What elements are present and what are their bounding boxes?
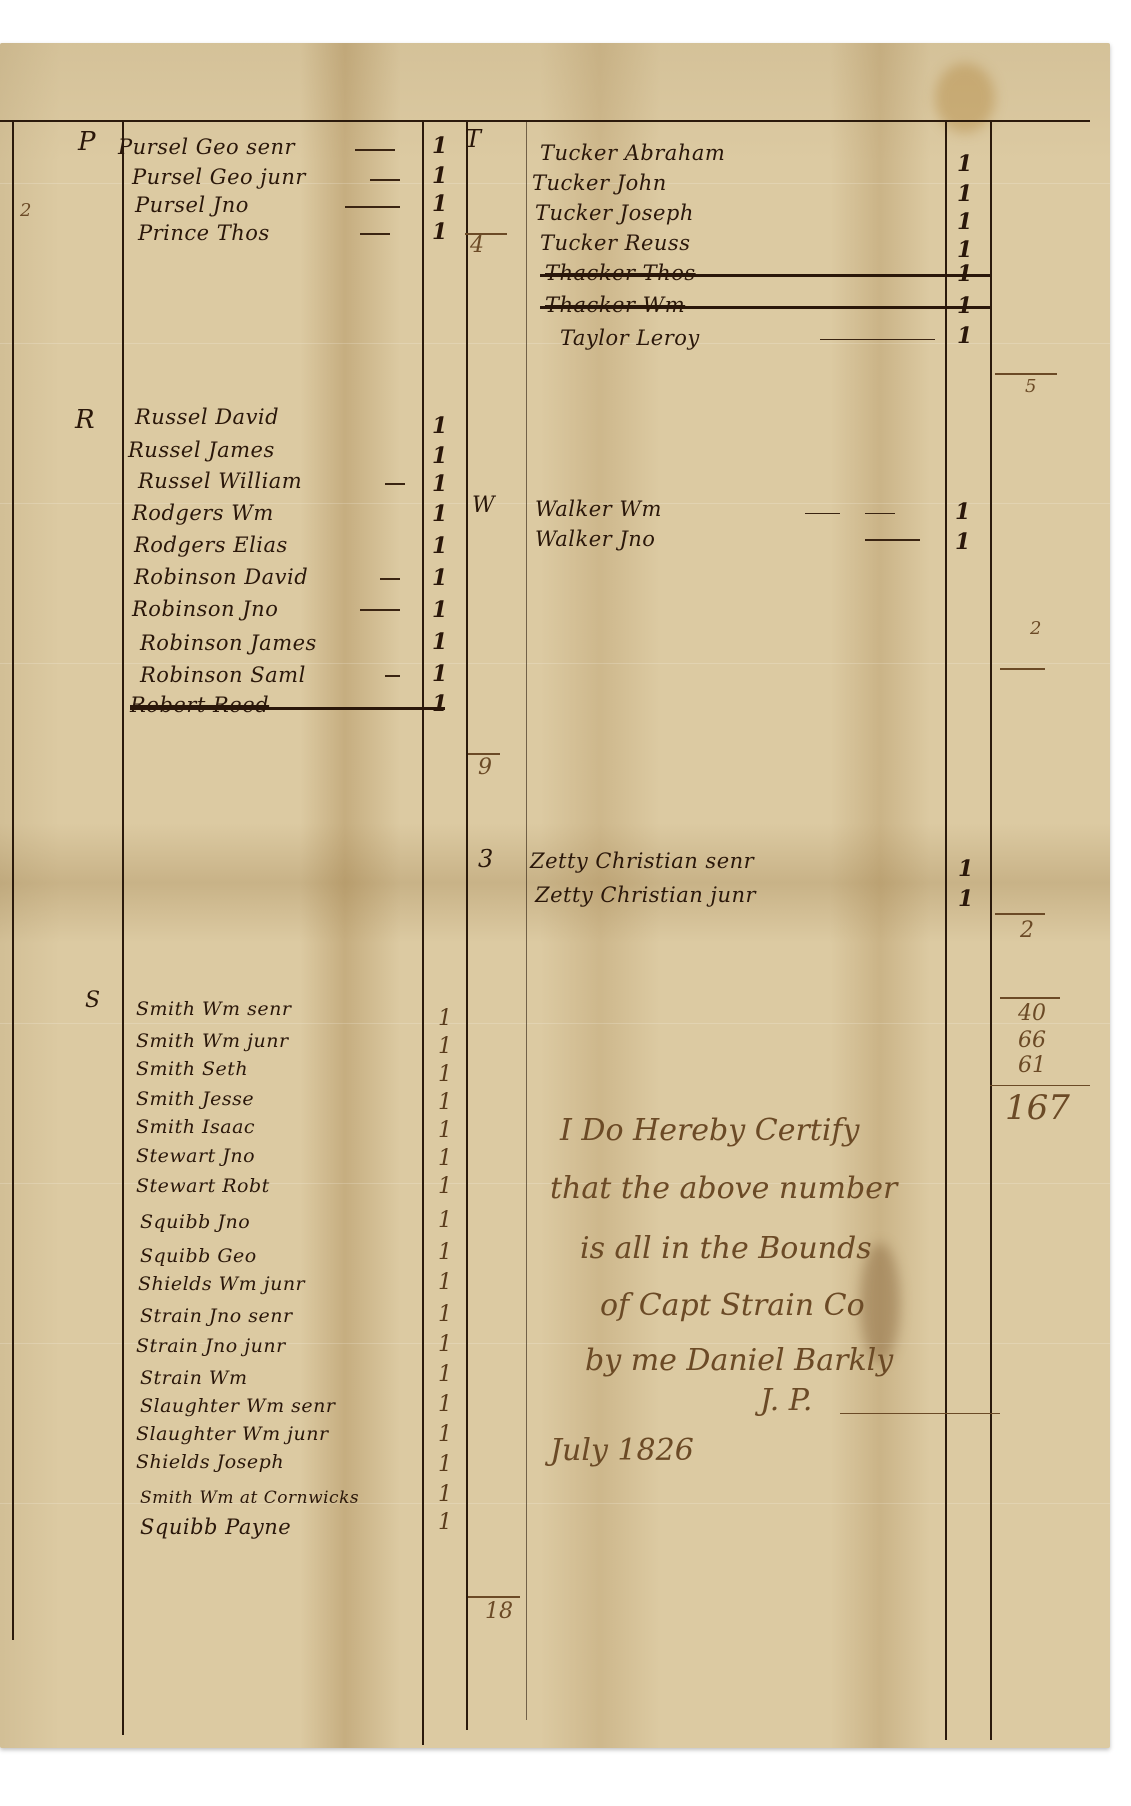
list-item: Russel David [135,405,279,429]
count-value: 1 [958,886,973,912]
signature: by me Daniel Barkly [585,1343,893,1378]
count-value: 1 [957,209,972,235]
list-item: Zetty Christian junr [535,883,756,907]
list-item: Robinson Saml [140,663,306,687]
count-value: 1 [432,533,447,559]
count-value: 1 [432,661,447,687]
count-value: 1 [432,191,447,217]
count-value: 1 [432,629,447,655]
list-item-struck: Thacker Thos [545,261,696,285]
count-value: 1 [438,1392,452,1417]
count-value: 1 [438,1452,452,1477]
list-item: Robinson Jno [132,597,278,621]
list-item-struck: Thacker Wm [545,293,685,317]
list-item: Tucker John [532,171,667,195]
list-item: Zetty Christian senr [530,849,754,873]
list-item: Tucker Joseph [535,201,694,225]
list-item: Smith Seth [136,1058,248,1080]
list-item: Rodgers Elias [134,533,288,557]
count-value: 1 [438,1482,452,1507]
section-letter-w: W [472,493,495,518]
list-item: Smith Jesse [136,1088,254,1110]
list-item: Stewart Jno [136,1145,255,1167]
count-value: 1 [958,856,973,882]
count-value: 1 [438,1332,452,1357]
count-value: 1 [438,1062,452,1087]
count-value: 1 [438,1118,452,1143]
total-value: 40 [1018,1001,1046,1026]
count-value: 1 [432,443,447,469]
list-item: Pursel Jno [135,193,249,217]
list-item: Pursel Geo junr [132,165,306,189]
certification-line: is all in the Bounds [580,1231,872,1266]
count-value: 1 [432,133,447,159]
margin-subtotal: 2 [20,200,31,221]
count-value: 1 [955,499,970,525]
count-value: 1 [438,1006,452,1031]
list-item: Smith Wm junr [136,1030,289,1052]
count-value: 1 [432,501,447,527]
signature-title: J. P. [760,1383,812,1418]
count-value: 1 [432,597,447,623]
count-value: 1 [432,219,447,245]
count-value: 1 [957,151,972,177]
water-stain [935,63,995,133]
section-number: 3 [478,845,493,873]
list-item: Walker Jno [535,527,655,551]
names-right-rule [526,120,527,1720]
list-item: Robinson David [134,565,308,589]
count-value: 1 [957,261,972,287]
count-value: 1 [438,1174,452,1199]
list-item: Tucker Reuss [540,231,690,255]
list-item: Tucker Abraham [540,141,725,165]
section-subtotal: 18 [485,1599,513,1624]
total-value: 61 [1018,1053,1046,1078]
count-value: 1 [438,1510,452,1535]
names-left-rule [122,120,124,1735]
count-value: 1 [957,181,972,207]
list-item: Slaughter Wm senr [140,1395,335,1417]
section-subtotal: 2 [1020,918,1034,943]
list-item: Prince Thos [138,221,270,245]
section-letter-p: P [78,127,96,157]
margin-rule [12,120,14,1640]
p-section-subtotal: 4 [470,233,484,258]
certification-date: July 1826 [550,1433,694,1468]
count-value: 1 [955,529,970,555]
count-left-rule [422,120,424,1745]
total-value: 66 [1018,1028,1046,1053]
list-item: Squibb Payne [140,1515,291,1539]
list-item: Smith Wm at Cornwicks [140,1488,359,1508]
list-item: Walker Wm [535,497,662,521]
subtotal-right-rule [990,120,992,1740]
document-page: P Pursel Geo senr Pursel Geo junr Pursel… [0,43,1110,1748]
list-item: Shields Joseph [136,1451,284,1473]
count-value: 1 [438,1302,452,1327]
list-item: Robinson James [140,631,317,655]
count-value: 1 [438,1146,452,1171]
list-item-struck: Robert Reed [130,693,269,717]
count-value: 1 [432,413,447,439]
list-item: Strain Jno senr [140,1305,293,1327]
count-value: 1 [438,1270,452,1295]
count-value: 1 [957,323,972,349]
list-item: Pursel Geo senr [118,135,295,159]
count-value: 1 [957,293,972,319]
count-value: 1 [438,1208,452,1233]
section-letter-t: T [465,125,481,153]
subtotal-left-rule [466,120,468,1730]
list-item: Stewart Robt [136,1175,270,1197]
count-value: 1 [438,1362,452,1387]
count-value: 1 [432,163,447,189]
certification-line: of Capt Strain Co [600,1288,865,1323]
count-value: 1 [438,1034,452,1059]
section-letter-s: S [85,988,100,1013]
count-value: 1 [957,237,972,263]
list-item: Slaughter Wm junr [136,1423,329,1445]
count-value: 1 [432,471,447,497]
list-item: Squibb Jno [140,1211,250,1233]
header-rule [0,120,1090,122]
count-value: 1 [438,1090,452,1115]
section-subtotal: 9 [478,755,492,780]
section-letter-r: R [75,405,95,435]
list-item: Taylor Leroy [560,326,700,350]
certification-line: I Do Hereby Certify [560,1113,860,1148]
list-item: Russel James [128,438,275,462]
count-value: 1 [432,691,447,717]
count-value: 1 [438,1422,452,1447]
list-item: Rodgers Wm [132,501,274,525]
certification-line: that the above number [550,1171,897,1206]
count-right-rule [945,120,947,1740]
list-item: Shields Wm junr [138,1273,305,1295]
list-item: Squibb Geo [140,1245,257,1267]
section-subtotal: 2 [1030,618,1041,639]
list-item: Smith Isaac [136,1116,255,1138]
count-value: 1 [432,565,447,591]
list-item: Strain Wm [140,1367,247,1389]
section-subtotal: 5 [1025,376,1036,397]
grand-total: 167 [1005,1088,1070,1128]
list-item: Smith Wm senr [136,998,291,1020]
count-value: 1 [438,1240,452,1265]
list-item: Russel William [138,469,302,493]
list-item: Strain Jno junr [136,1335,286,1357]
